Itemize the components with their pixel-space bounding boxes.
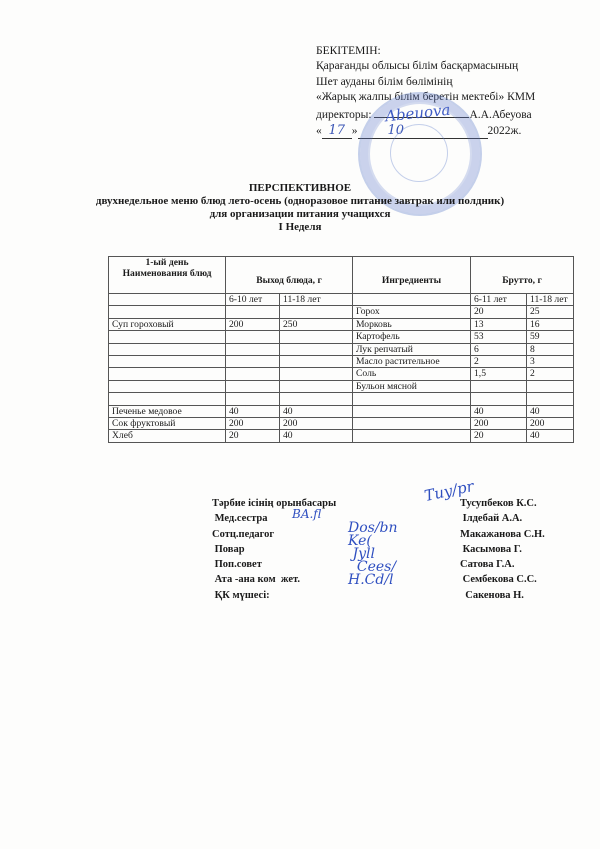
cell-dish: Хлеб xyxy=(109,430,226,442)
subheader-ingredient-empty xyxy=(353,294,471,306)
cell-gross-a: 20 xyxy=(471,430,527,442)
cell-ingredient xyxy=(353,430,471,442)
cell-ingredient xyxy=(353,405,471,417)
cell-gross-b: 59 xyxy=(527,331,574,343)
cell-output-b: 250 xyxy=(280,318,353,330)
table-row: Суп гороховый200250Морковь1316 xyxy=(109,318,574,330)
date-month: 10 xyxy=(358,123,488,139)
signer-name: Макажанова С.Н. xyxy=(460,527,545,542)
cell-gross-b: 25 xyxy=(527,306,574,318)
cell-gross-a: 20 xyxy=(471,306,527,318)
cell-output-a xyxy=(226,306,280,318)
signer-row: Сотц.педагогМакажанова С.Н. xyxy=(212,527,572,542)
subheader-output-b: 11-18 лет xyxy=(280,294,353,306)
table-row: Сок фруктовый200200200200 xyxy=(109,417,574,429)
cell-gross-a: 2 xyxy=(471,355,527,367)
cell-dish xyxy=(109,368,226,380)
cell-gross-b: 16 xyxy=(527,318,574,330)
title-main: ПЕРСПЕКТИВНОЕ xyxy=(0,182,600,195)
signer-name: Тусупбеков К.С. xyxy=(460,496,537,511)
table-row xyxy=(109,393,574,405)
cell-output-b xyxy=(280,331,353,343)
cell-output-a: 200 xyxy=(226,417,280,429)
cell-output-a xyxy=(226,343,280,355)
cell-ingredient xyxy=(353,417,471,429)
cell-gross-a: 6 xyxy=(471,343,527,355)
cell-output-a xyxy=(226,331,280,343)
subheader-gross-b: 11-18 лет xyxy=(527,294,574,306)
title-week: I Неделя xyxy=(0,221,600,234)
cell-dish xyxy=(109,393,226,405)
cell-output-a: 20 xyxy=(226,430,280,442)
cell-output-b xyxy=(280,306,353,318)
director-name: А.А.Абеуова xyxy=(469,109,531,121)
cell-ingredient: Морковь xyxy=(353,318,471,330)
approval-heading: БЕКІТЕМІН: xyxy=(316,44,576,59)
signer-role: Ата -ана ком жет. xyxy=(212,572,300,587)
cell-output-b xyxy=(280,343,353,355)
cell-ingredient: Бульон мясной xyxy=(353,380,471,392)
subheader-output-a: 6-10 лет xyxy=(226,294,280,306)
cell-gross-b xyxy=(527,393,574,405)
signer-role: Поп.совет xyxy=(212,557,262,572)
cell-dish: Печенье медовое xyxy=(109,405,226,417)
cell-gross-a: 200 xyxy=(471,417,527,429)
cell-gross-b: 40 xyxy=(527,430,574,442)
cell-output-a xyxy=(226,368,280,380)
cell-ingredient: Соль xyxy=(353,368,471,380)
title-sub-2: для организации питания учащихся xyxy=(0,208,600,221)
approval-date-line: «17»102022ж. xyxy=(316,123,576,139)
header-output: Выход блюда, г xyxy=(226,257,353,294)
table-header-row: 1-ый день Наименования блюд Выход блюда,… xyxy=(109,257,574,294)
cell-output-a xyxy=(226,380,280,392)
cell-ingredient: Горох xyxy=(353,306,471,318)
date-day: 17 xyxy=(322,123,352,139)
signer-row: Ата -ана ком жет. Сембекова С.С. xyxy=(212,572,572,587)
cell-gross-a: 40 xyxy=(471,405,527,417)
cell-output-b xyxy=(280,393,353,405)
signer-role: Сотц.педагог xyxy=(212,527,274,542)
cell-ingredient: Масло растительное xyxy=(353,355,471,367)
table-row: Соль1,52 xyxy=(109,368,574,380)
signer-role: Повар xyxy=(212,542,245,557)
header-ingredients: Ингредиенты xyxy=(353,257,471,294)
cell-dish xyxy=(109,380,226,392)
table-row: Лук репчатый68 xyxy=(109,343,574,355)
cell-output-b: 200 xyxy=(280,417,353,429)
menu-table: 1-ый день Наименования блюд Выход блюда,… xyxy=(108,256,574,443)
signer-name: Сембекова С.С. xyxy=(460,572,537,587)
cell-output-b: 40 xyxy=(280,405,353,417)
signer-row: ҚК мүшесі: Сакенова Н. xyxy=(212,588,572,603)
cell-output-b xyxy=(280,355,353,367)
cell-dish: Сок фруктовый xyxy=(109,417,226,429)
table-row: Хлеб20402040 xyxy=(109,430,574,442)
cell-output-a: 200 xyxy=(226,318,280,330)
cell-gross-a xyxy=(471,380,527,392)
cell-gross-b: 2 xyxy=(527,368,574,380)
document-titles: ПЕРСПЕКТИВНОЕ двухнедельное меню блюд ле… xyxy=(0,182,600,234)
signer-name: Касымова Г. xyxy=(460,542,522,557)
cell-gross-a: 1,5 xyxy=(471,368,527,380)
date-year: 2022ж. xyxy=(488,125,522,137)
signer-name: Сатова Г.А. xyxy=(460,557,514,572)
cell-output-b xyxy=(280,368,353,380)
cell-output-a xyxy=(226,355,280,367)
cell-ingredient: Лук репчатый xyxy=(353,343,471,355)
title-sub-1: двухнедельное меню блюд лето-осень (одно… xyxy=(0,195,600,208)
cell-gross-b: 8 xyxy=(527,343,574,355)
table-row: Горох2025 xyxy=(109,306,574,318)
table-row: Масло растительное23 xyxy=(109,355,574,367)
cell-output-a xyxy=(226,393,280,405)
cell-gross-b xyxy=(527,380,574,392)
cell-dish xyxy=(109,343,226,355)
cell-gross-a xyxy=(471,393,527,405)
cell-output-b: 40 xyxy=(280,430,353,442)
signer-row: Повар Касымова Г. xyxy=(212,542,572,557)
signer-row: Тәрбие ісінің орынбасарыТусупбеков К.С. xyxy=(212,496,572,511)
cell-gross-a: 53 xyxy=(471,331,527,343)
cell-dish xyxy=(109,355,226,367)
cell-dish xyxy=(109,331,226,343)
day-label: 1-ый день xyxy=(112,257,222,268)
cell-ingredient xyxy=(353,393,471,405)
table-row: Картофель5359 xyxy=(109,331,574,343)
signer-role: ҚК мүшесі: xyxy=(212,588,270,603)
director-label: директоры: xyxy=(316,109,372,121)
table-row: Бульон мясной xyxy=(109,380,574,392)
signer-name: Ілдебай А.А. xyxy=(460,511,522,526)
approval-block: БЕКІТЕМІН: Қарағанды облысы білім басқар… xyxy=(316,44,576,139)
header-dish-label: Наименования блюд xyxy=(112,268,222,279)
signers-block: Тәрбие ісінің орынбасарыТусупбеков К.С. … xyxy=(212,496,572,603)
signer-name: Сакенова Н. xyxy=(460,588,524,603)
header-gross: Брутто, г xyxy=(471,257,574,294)
cell-gross-a: 13 xyxy=(471,318,527,330)
cell-dish xyxy=(109,306,226,318)
cell-output-b xyxy=(280,380,353,392)
signer-row: Мед.сестра Ілдебай А.А. xyxy=(212,511,572,526)
approval-line-1: Қарағанды облысы білім басқармасының xyxy=(316,59,576,74)
header-dish: 1-ый день Наименования блюд xyxy=(109,257,226,294)
signer-row: Поп.советСатова Г.А. xyxy=(212,557,572,572)
approval-line-2: Шет ауданы білім бөлімінің xyxy=(316,75,576,90)
cell-ingredient: Картофель xyxy=(353,331,471,343)
cell-gross-b: 40 xyxy=(527,405,574,417)
table-subheader-row: 6-10 лет 11-18 лет 6-11 лет 11-18 лет xyxy=(109,294,574,306)
table-body: Горох2025Суп гороховый200250Морковь1316К… xyxy=(109,306,574,442)
cell-gross-b: 200 xyxy=(527,417,574,429)
table-row: Печенье медовое40404040 xyxy=(109,405,574,417)
subheader-gross-a: 6-11 лет xyxy=(471,294,527,306)
subheader-empty xyxy=(109,294,226,306)
signer-role: Тәрбие ісінің орынбасары xyxy=(212,496,336,511)
signer-role: Мед.сестра xyxy=(212,511,267,526)
cell-gross-b: 3 xyxy=(527,355,574,367)
cell-dish: Суп гороховый xyxy=(109,318,226,330)
cell-output-a: 40 xyxy=(226,405,280,417)
